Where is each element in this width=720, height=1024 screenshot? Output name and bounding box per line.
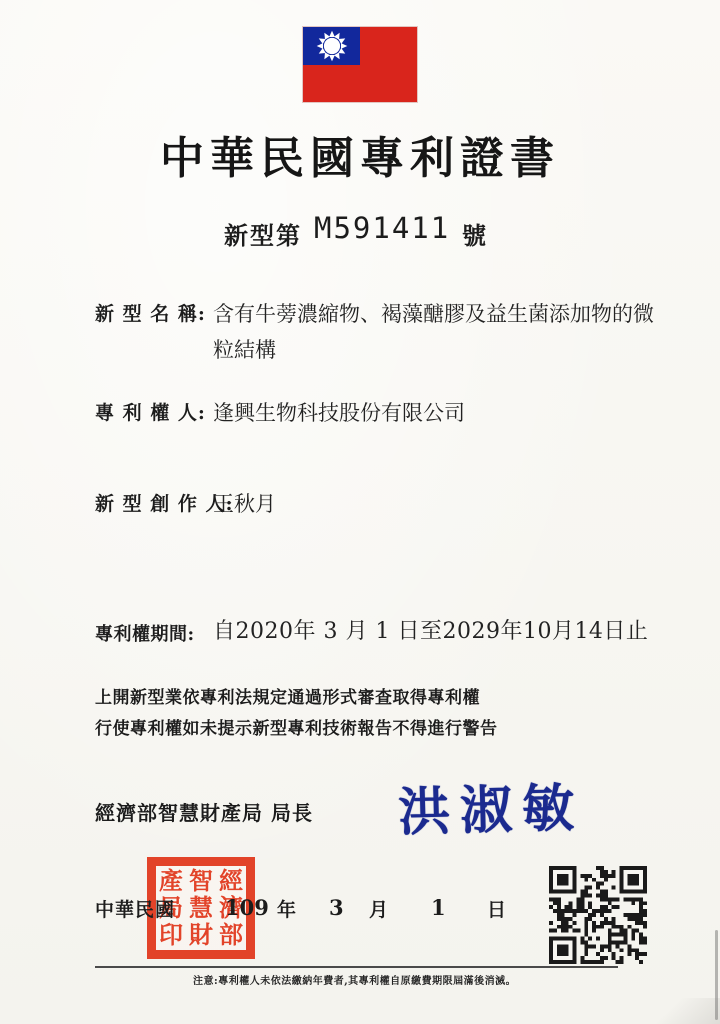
issuer-title: 經濟部智慧財產局 局長 — [95, 797, 313, 826]
field-value-creator: 王秋月 — [213, 486, 683, 522]
field-value-patent-term: 自2020年 3 月 1 日至2029年10月14日止 — [213, 614, 713, 650]
field-label-patent-term: 專利權期間: — [95, 620, 195, 646]
issue-date-month: 3 — [329, 895, 344, 920]
patent-number-suffix: 號 — [462, 216, 486, 251]
seal-char: 部 — [219, 922, 243, 948]
seal-char: 慧 — [189, 895, 213, 921]
roc-flag — [303, 27, 417, 102]
statutory-note-line2: 行使專利權如未提示新型專利技術報告不得進行警告 — [95, 714, 498, 745]
footer-note: 注意:專利權人未依法繳納年費者,其專利權自原繳費期限屆滿後消滅。 — [193, 972, 516, 987]
issue-date-day: 1 — [431, 895, 446, 920]
statutory-notes: 上開新型業依專利法規定通過形式審查取得專利權 行使專利權如未提示新型專利技術報告… — [95, 683, 498, 745]
seal-column-middle: 智 慧 財 — [189, 868, 213, 948]
director-signature: 洪淑敏 — [397, 766, 585, 846]
seal-char: 印 — [159, 922, 183, 948]
field-label-patentee: 專 利 權 人: — [95, 398, 206, 425]
scan-artifact-smudge — [600, 998, 720, 1024]
issue-date-month-unit: 月 — [369, 895, 388, 922]
issue-date-year-unit: 年 — [277, 895, 296, 922]
statutory-note-line1: 上開新型業依專利法規定通過形式審查取得專利權 — [95, 683, 498, 714]
white-sun-icon — [313, 28, 351, 64]
issue-date-era: 中華民國 — [95, 895, 175, 922]
field-label-utility-model-name: 新 型 名 稱: — [95, 299, 206, 326]
seal-char: 智 — [189, 868, 213, 894]
seal-char: 產 — [159, 868, 183, 894]
certificate-title: 中華民國專利證書 — [0, 122, 720, 186]
issue-date-year: 109 — [225, 895, 269, 920]
footer-divider — [95, 966, 618, 968]
patent-certificate-page: 中華民國專利證書 新型第 M591411 號 新 型 名 稱: 含有牛蒡濃縮物、… — [0, 0, 720, 1024]
patent-number-prefix: 新型第 — [224, 216, 302, 251]
field-value-patentee: 逢興生物科技股份有限公司 — [213, 395, 683, 431]
seal-char: 財 — [189, 922, 213, 948]
seal-char: 經 — [219, 868, 243, 894]
issue-date-day-unit: 日 — [487, 895, 506, 922]
field-value-utility-model-name: 含有牛蒡濃縮物、褐藻醣膠及益生菌添加物的微粒結構 — [213, 296, 665, 368]
patent-number: M591411 — [314, 211, 450, 245]
qr-code-icon — [549, 866, 647, 964]
